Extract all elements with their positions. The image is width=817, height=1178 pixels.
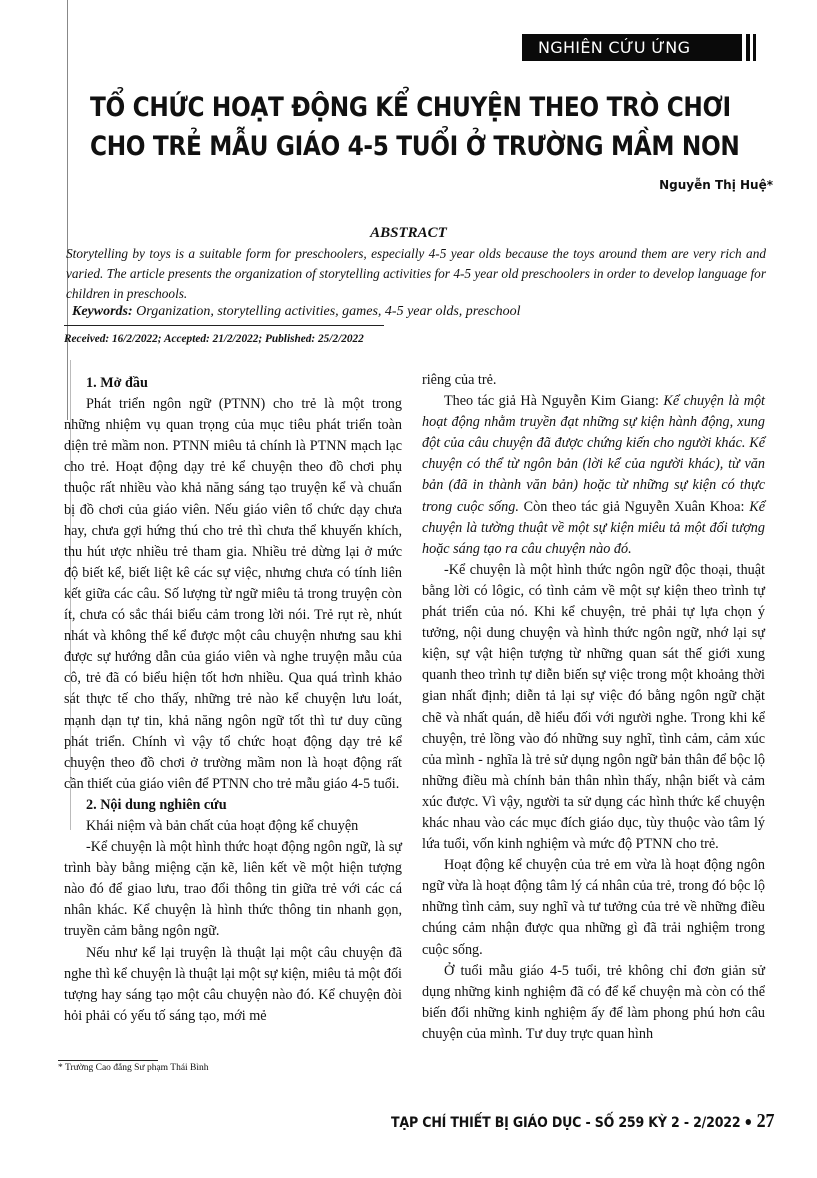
title-line-2: CHO TRẺ MẪU GIÁO 4-5 TUỔI Ở TRƯỜNG MẦM N…	[90, 127, 769, 166]
article-title: TỔ CHỨC HOẠT ĐỘNG KỂ CHUYỆN THEO TRÒ CHƠ…	[90, 88, 769, 166]
paragraph: -Kể chuyện là một hình thức ngôn ngữ độc…	[422, 560, 765, 855]
paragraph: riêng của trẻ.	[422, 370, 765, 391]
keywords: Keywords: Organization, storytelling act…	[72, 304, 520, 320]
footnote: * Trường Cao đẳng Sư phạm Thái Bình	[58, 1063, 209, 1073]
publication-dates: Received: 16/2/2022; Accepted: 21/2/2022…	[64, 333, 364, 345]
quote: Kể chuyện là một hoạt động nhằm truyền đ…	[422, 393, 765, 514]
keywords-text: Organization, storytelling activities, g…	[136, 304, 520, 319]
section-heading-intro: 1. Mở đầu	[64, 373, 402, 394]
section-tag: NGHIÊN CỨU ỨNG DỤNG	[522, 34, 756, 61]
text: Còn theo tác giả Nguyễn Xuân Khoa:	[519, 499, 749, 515]
page-number: 27	[757, 1110, 775, 1132]
abstract-text: Storytelling by toys is a suitable form …	[66, 244, 766, 304]
section-heading-content: 2. Nội dung nghiên cứu	[64, 795, 402, 816]
paragraph: -Kể chuyện là một hình thức hoạt động ng…	[64, 837, 402, 942]
section-tag-bar	[753, 34, 756, 61]
subheading: Khái niệm và bản chất của hoạt động kể c…	[64, 816, 402, 837]
journal-name: TẠP CHÍ THIẾT BỊ GIÁO DỤC - SỐ 259 KỲ 2 …	[391, 1115, 740, 1131]
paragraph: Nếu như kể lại truyện là thuật lại một c…	[64, 943, 402, 1027]
section-tag-bar	[746, 34, 750, 61]
bullet-icon	[746, 1119, 751, 1125]
paragraph: Hoạt động kể chuyện của trẻ em vừa là ho…	[422, 855, 765, 960]
paragraph: Phát triển ngôn ngữ (PTNN) cho trẻ là mộ…	[64, 394, 402, 795]
page-footer: TẠP CHÍ THIẾT BỊ GIÁO DỤC - SỐ 259 KỲ 2 …	[391, 1110, 774, 1133]
scan-artifact-line	[67, 0, 68, 420]
right-column: riêng của trẻ. Theo tác giả Hà Nguyễn Ki…	[422, 370, 765, 1045]
title-line-1: TỔ CHỨC HOẠT ĐỘNG KỂ CHUYỆN THEO TRÒ CHƠ…	[90, 88, 769, 127]
divider	[64, 325, 384, 326]
keywords-label: Keywords:	[72, 304, 133, 319]
paragraph: Ở tuổi mẫu giáo 4-5 tuổi, trẻ không chỉ …	[422, 961, 765, 1045]
footnote-divider	[58, 1060, 158, 1061]
paragraph-definitions: Theo tác giả Hà Nguyễn Kim Giang: Kể chu…	[422, 391, 765, 560]
left-column: 1. Mở đầu Phát triển ngôn ngữ (PTNN) cho…	[64, 373, 402, 1027]
author: Nguyễn Thị Huệ*	[659, 178, 773, 192]
section-tag-label: NGHIÊN CỨU ỨNG DỤNG	[522, 34, 742, 61]
text: Theo tác giả Hà Nguyễn Kim Giang:	[444, 393, 663, 409]
abstract-heading: ABSTRACT	[0, 225, 817, 242]
